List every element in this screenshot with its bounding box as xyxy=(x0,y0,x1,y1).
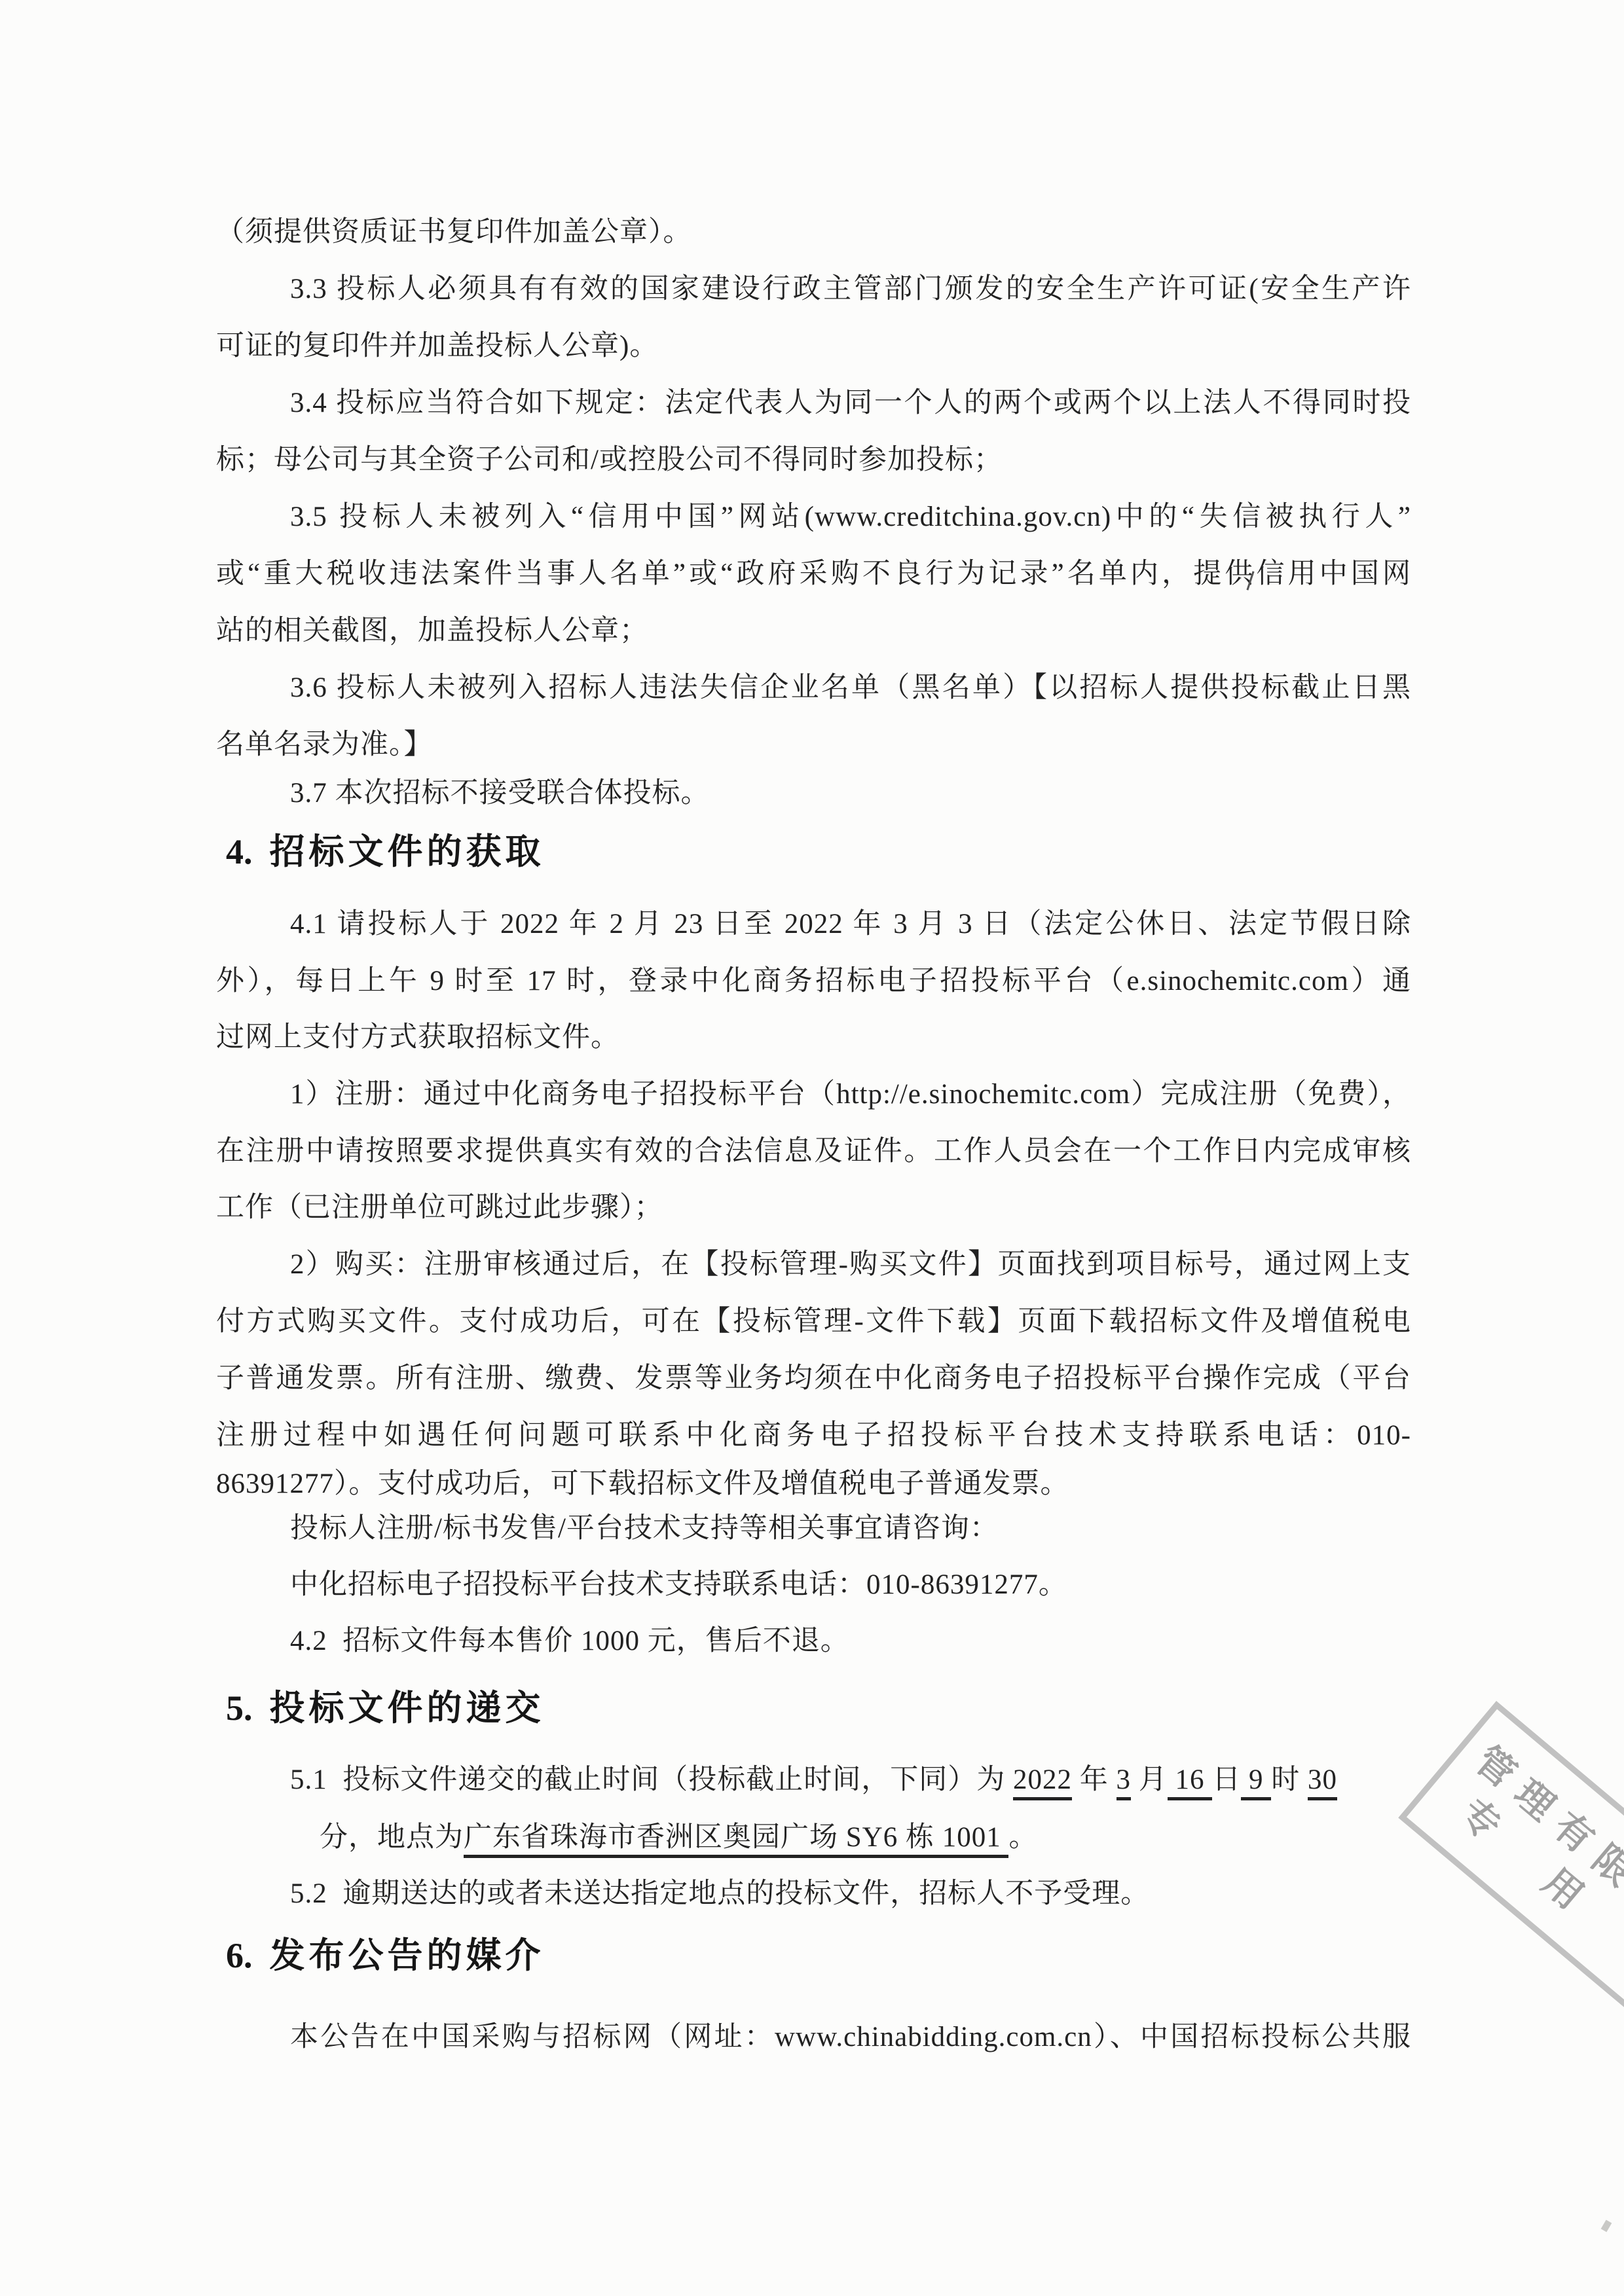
register-step-line: 1）注册：通过中化商务电子招投标平台（http://e.sinochemitc.… xyxy=(290,1077,1411,1112)
deadline-year-blank: 2022 xyxy=(1013,1764,1072,1800)
clause-5-2-line: 5.2 逾期送达的或者未送达指定地点的投标文件，招标人不予受理。 xyxy=(290,1876,1149,1912)
doc-line: 名单名录为准。】 xyxy=(216,727,433,763)
support-phone-line: 中化招标电子招投标平台技术支持联系电话：010-86391277。 xyxy=(290,1567,1067,1603)
text-run: 年 xyxy=(1072,1764,1116,1795)
scanned-document-page: （须提供资质证书复印件加盖公章）。 3.3 投标人必须具有有效的国家建设行政主管… xyxy=(0,0,1624,2296)
scan-artifact xyxy=(1601,2220,1612,2232)
section-heading-6: 6. 发布公告的媒介 xyxy=(226,1927,545,1978)
doc-line: 站的相关截图，加盖投标人公章； xyxy=(216,613,648,649)
doc-line: 工作（已注册单位可跳过此步骤）； xyxy=(216,1190,663,1226)
section-heading-5: 5. 投标文件的递交 xyxy=(226,1680,545,1730)
text-run: 时 xyxy=(1271,1764,1308,1795)
section-title: 招标文件的获取 xyxy=(270,824,545,874)
clause-3-5-line: 3.5 投标人未被列入“信用中国”网站(www.creditchina.gov.… xyxy=(290,500,1411,535)
doc-line: 或“重大税收违法案件当事人名单”或“政府采购不良行为记录”名单内，提供信用中国网 xyxy=(216,556,1411,592)
doc-line: 过网上支付方式获取招标文件。 xyxy=(216,1020,619,1055)
clause-3-3-line: 3.3 投标人必须具有有效的国家建设行政主管部门颁发的安全生产许可证(安全生产许 xyxy=(290,272,1411,307)
purchase-step-line: 2）购买：注册审核通过后，在【投标管理-购买文件】页面找到项目标号，通过网上支 xyxy=(290,1247,1411,1283)
deadline-month-blank: 3 xyxy=(1116,1764,1132,1800)
section-number: 5. xyxy=(226,1688,253,1728)
doc-line: 外），每日上午 9 时至 17 时，登录中化商务招标电子招投标平台（e.sino… xyxy=(216,964,1411,999)
clause-3-6-line: 3.6 投标人未被列入招标人违法失信企业名单（黑名单）【以招标人提供投标截止日黑 xyxy=(290,670,1411,706)
clause-3-4-line: 3.4 投标应当符合如下规定：法定代表人为同一个人的两个或两个以上法人不得同时投 xyxy=(290,386,1411,421)
doc-line: 标；母公司与其全资子公司和/或控股公司不得同时参加投标； xyxy=(216,443,1003,478)
consult-info-line: 投标人注册/标书发售/平台技术支持等相关事宜请咨询： xyxy=(290,1511,999,1546)
text-run: 。 xyxy=(1008,1822,1037,1853)
doc-line: 子普通发票。所有注册、缴费、发票等业务均须在中化商务电子招投标平台操作完成（平台 xyxy=(216,1361,1411,1396)
text-run: 5.1 投标文件递交的截止时间（投标截止时间，下同）为 xyxy=(290,1764,1013,1795)
doc-line: 付方式购买文件。支付成功后，可在【投标管理-文件下载】页面下载招标文件及增值税电 xyxy=(216,1304,1411,1339)
clause-3-7-line: 3.7 本次招标不接受联合体投标。 xyxy=(290,776,710,811)
section-number: 4. xyxy=(226,831,253,872)
submission-address-blank: 广东省珠海市香洲区奥园广场 SY6 栋 1001 xyxy=(464,1822,1008,1858)
clause-5-1-line1: 5.1 投标文件递交的截止时间（投标截止时间，下同）为 2022 年 3 月 1… xyxy=(290,1762,1337,1798)
doc-line: 86391277）。支付成功后，可下载招标文件及增值税电子普通发票。 xyxy=(216,1467,1069,1502)
clause-5-1-line2: 分，地点为广东省珠海市香洲区奥园广场 SY6 栋 1001 。 xyxy=(320,1820,1037,1855)
text-run: 分，地点为 xyxy=(320,1822,464,1853)
doc-line: 在注册中请按照要求提供真实有效的合法信息及证件。工作人员会在一个工作日内完成审核 xyxy=(216,1134,1411,1169)
doc-line: 可证的复印件并加盖投标人公章)。 xyxy=(216,329,658,364)
clause-4-1-line: 4.1 请投标人于 2022 年 2 月 23 日至 2022 年 3 月 3 … xyxy=(290,907,1411,942)
section-title: 发布公告的媒介 xyxy=(270,1927,545,1978)
section-title: 投标文件的递交 xyxy=(270,1680,545,1730)
media-announcement-line: 本公告在中国采购与招标网（网址：www.chinabidding.com.cn）… xyxy=(290,2020,1411,2055)
section-heading-4: 4. 招标文件的获取 xyxy=(226,824,545,874)
text-run: 月 xyxy=(1131,1764,1168,1795)
text-run: 日 xyxy=(1212,1764,1241,1795)
company-seal-stamp: 管理有限公 专 用 xyxy=(1398,1701,1624,2094)
deadline-day-blank: 16 xyxy=(1168,1764,1213,1800)
deadline-minute-blank: 30 xyxy=(1308,1764,1337,1800)
doc-line: 注册过程中如遇任何问题可联系中化商务电子招投标平台技术支持联系电话：010- xyxy=(216,1418,1411,1453)
clause-4-2-line: 4.2 招标文件每本售价 1000 元，售后不退。 xyxy=(290,1624,849,1659)
doc-line: （须提供资质证书复印件加盖公章）。 xyxy=(216,215,692,250)
deadline-hour-blank: 9 xyxy=(1241,1764,1271,1800)
section-number: 6. xyxy=(226,1935,253,1976)
